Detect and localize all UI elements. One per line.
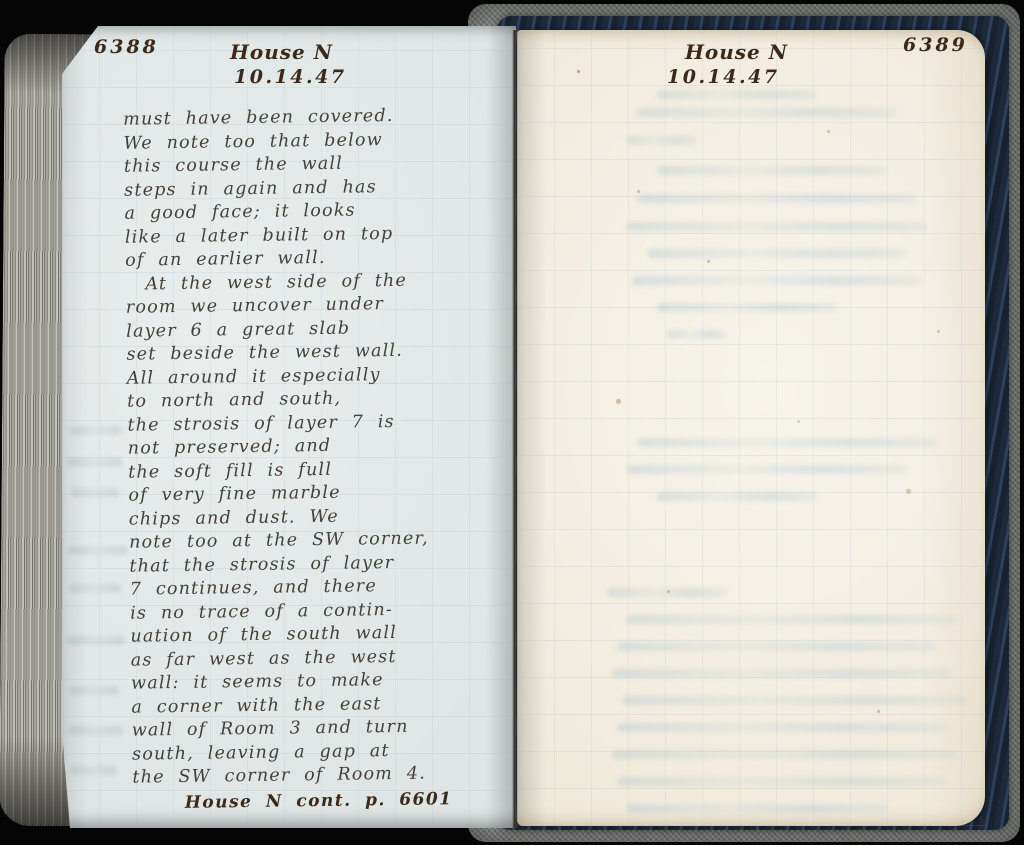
right-page-number: 6389	[903, 34, 968, 56]
left-page-header-date: 10.14.47	[234, 66, 347, 88]
ghost-line	[617, 642, 937, 651]
left-page: 6388 House N 10.14.47 must have been cov…	[62, 26, 516, 828]
ghost-line	[637, 194, 917, 203]
foxing-speckles	[577, 70, 580, 73]
ghost-line	[617, 723, 947, 732]
ghost-line	[68, 726, 123, 735]
ghost-line	[612, 669, 952, 678]
ghost-line	[70, 426, 122, 435]
handwriting-lines: must have been covered.We note too that …	[123, 103, 516, 790]
ghost-line	[622, 696, 967, 705]
right-page-header-title: House N	[685, 40, 788, 64]
right-page: House N 10.14.47 6389	[517, 30, 985, 826]
ghost-line	[70, 766, 116, 775]
ghost-line	[67, 458, 123, 467]
page-gutter	[512, 30, 518, 828]
left-page-header-title: House N	[230, 40, 333, 64]
ghost-line	[667, 330, 727, 339]
ghost-line	[657, 166, 887, 175]
ghost-line	[627, 615, 957, 624]
ghost-line	[637, 108, 897, 117]
ghost-line	[657, 492, 817, 501]
ghost-line	[627, 222, 927, 231]
ghost-line	[67, 636, 125, 645]
left-page-number: 6388	[94, 36, 159, 58]
ghost-line	[632, 276, 922, 285]
notebook-photo: { "book": { "left_page": { "page_number"…	[0, 0, 1024, 845]
ghost-line	[647, 249, 907, 258]
ghost-line	[69, 584, 121, 593]
ghost-line	[627, 804, 887, 813]
ghost-line	[657, 90, 817, 99]
handwriting-line: the SW corner of Room 4.	[132, 761, 516, 790]
graph-paper-grid	[517, 30, 985, 826]
ghost-line	[657, 303, 837, 312]
ghost-line	[607, 588, 727, 597]
ghost-line	[627, 136, 697, 145]
ghost-line	[612, 750, 957, 759]
ghost-line	[627, 465, 907, 474]
ghost-line	[71, 488, 119, 497]
continuation-note: House N cont. p. 6601	[185, 787, 517, 815]
right-page-header-date: 10.14.47	[667, 66, 780, 88]
ghost-line	[617, 777, 947, 786]
ghost-line	[637, 438, 937, 447]
ghost-line	[69, 686, 119, 695]
ghost-line	[68, 546, 128, 555]
handwritten-entry: must have been covered.We note too that …	[123, 103, 517, 815]
